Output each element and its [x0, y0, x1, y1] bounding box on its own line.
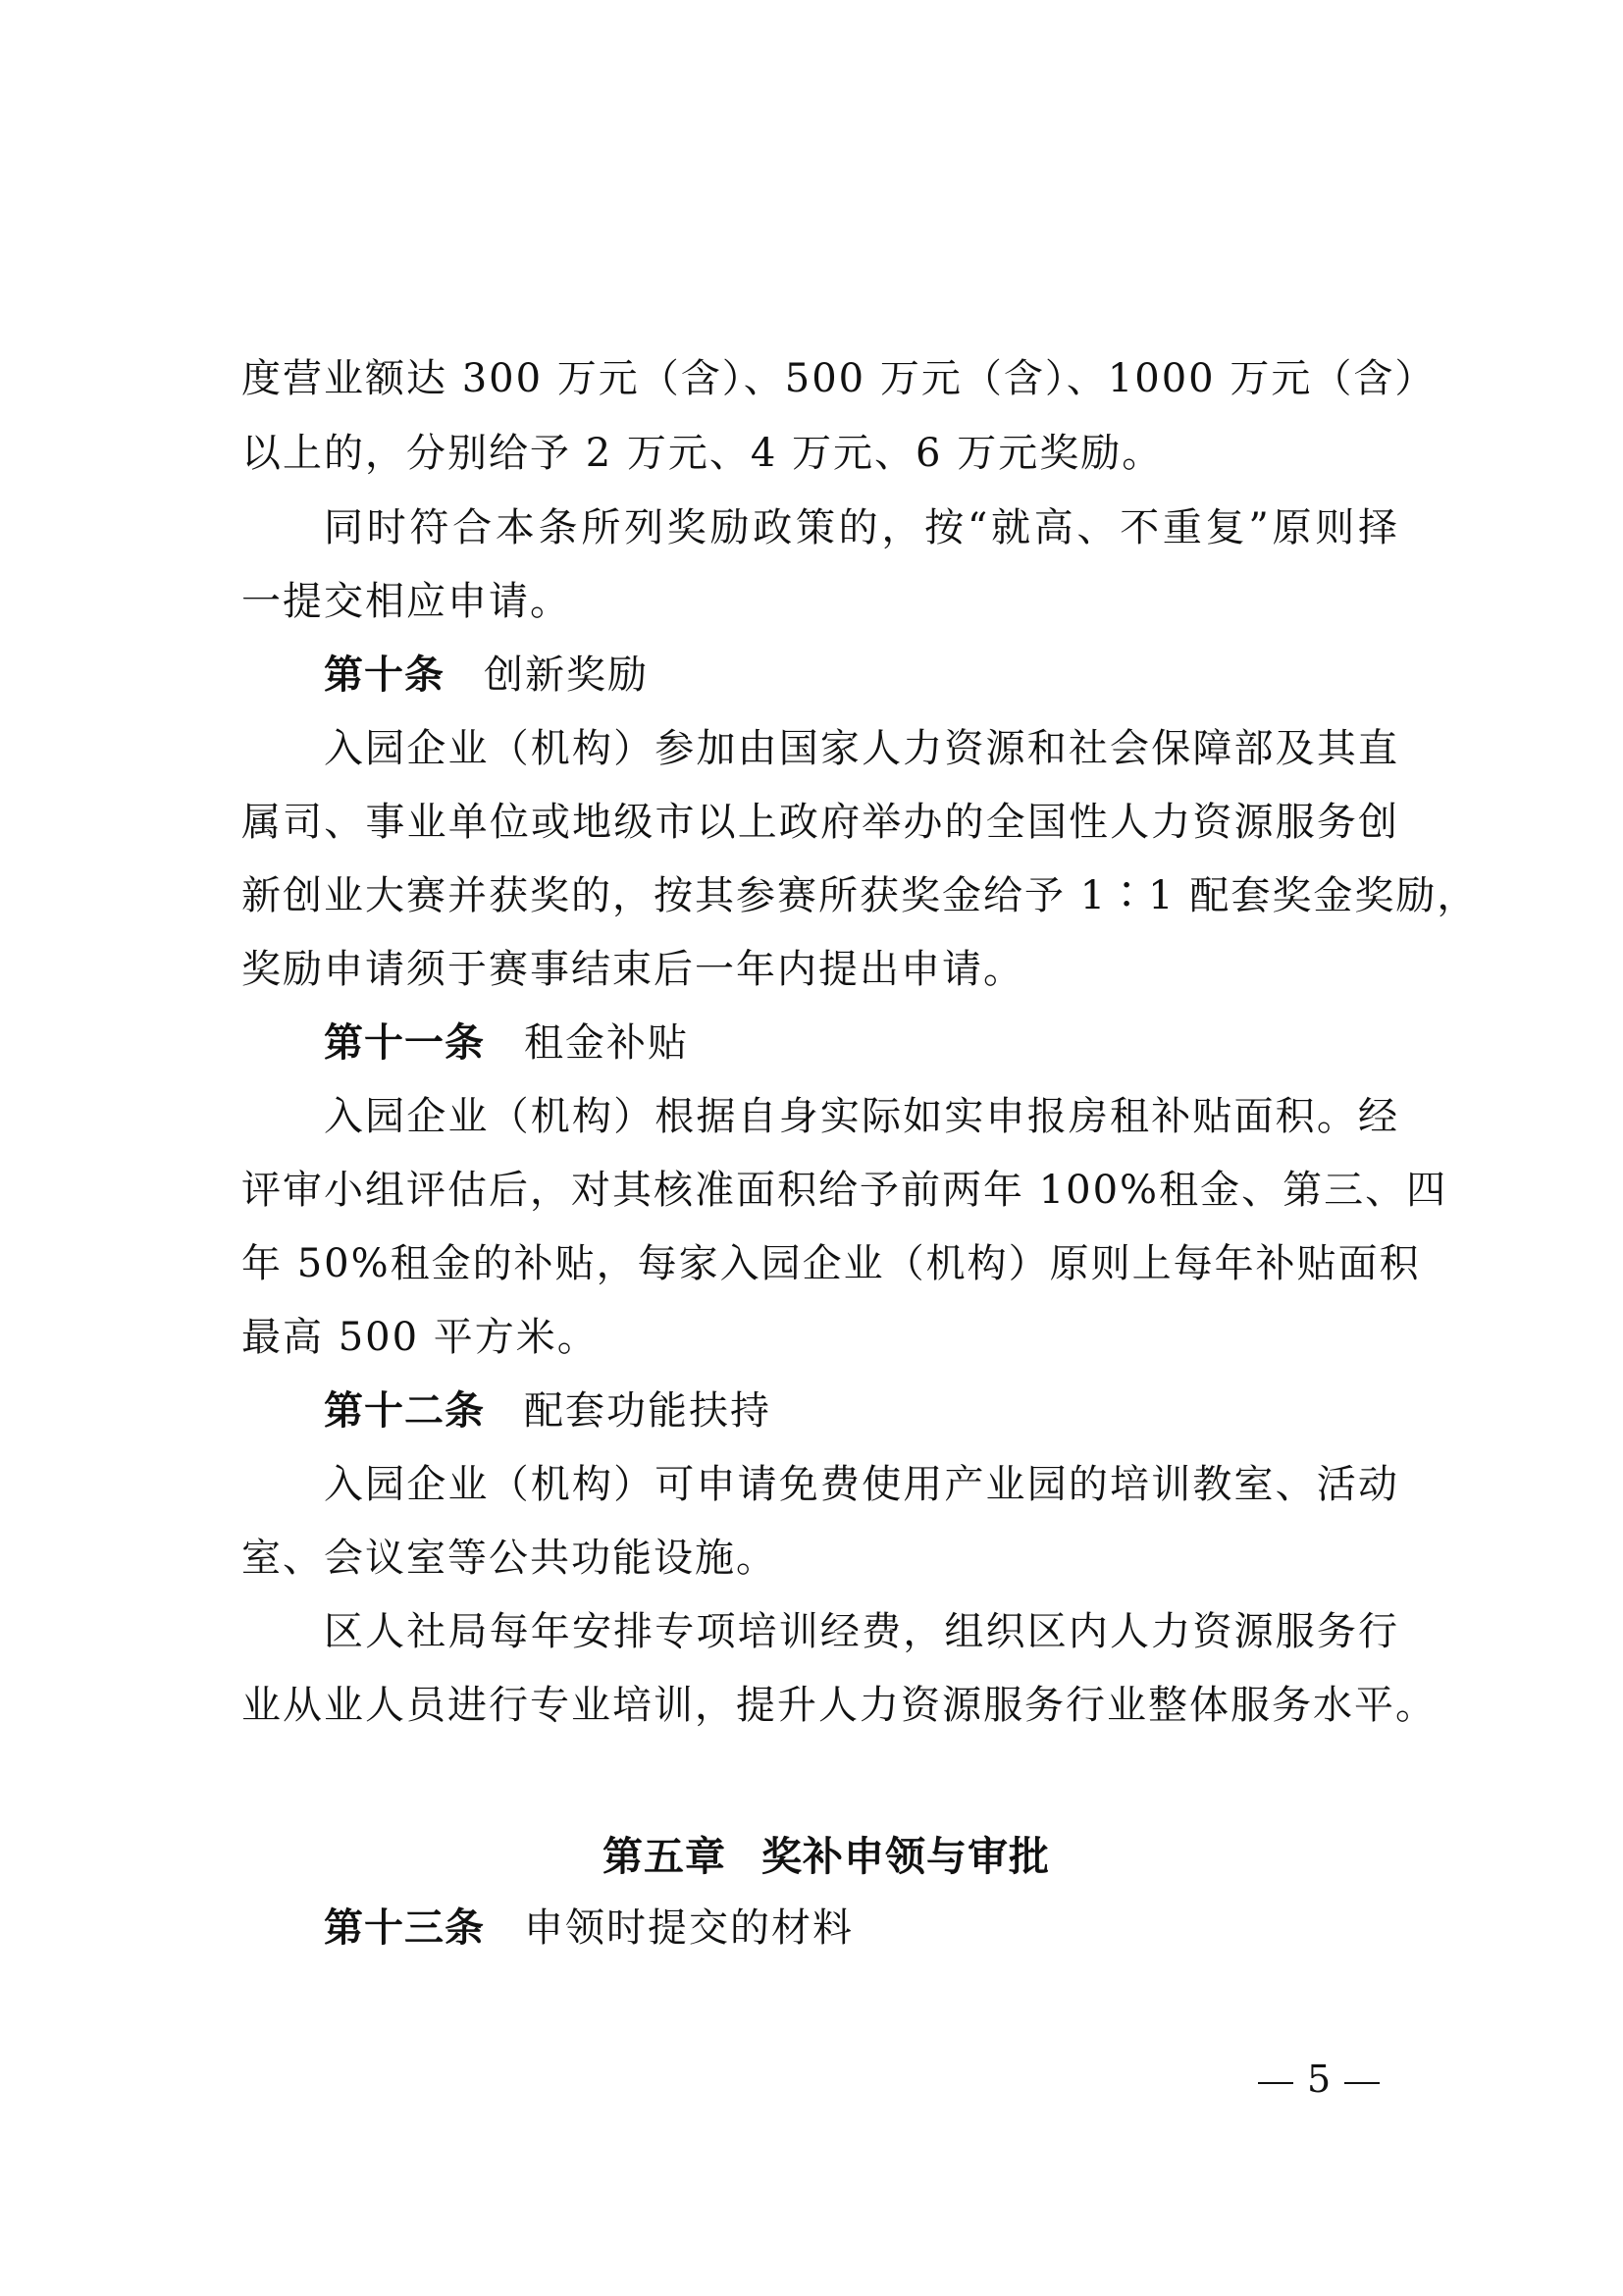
- article-title: 申领时提交的材料: [524, 1905, 854, 1951]
- dash-decoration: [1258, 2082, 1293, 2084]
- page-number: 5: [1244, 2055, 1393, 2104]
- dash-decoration: [1344, 2082, 1380, 2084]
- article-heading: 第十条创新奖励: [324, 648, 1399, 703]
- article-title: 租金补贴: [524, 1020, 689, 1066]
- body-text-line: 一提交相应申请。: [241, 574, 1399, 629]
- article-title: 创新奖励: [484, 652, 649, 698]
- page-number-value: 5: [1307, 2058, 1331, 2101]
- body-text-line: 业从业人员进行专业培训，提升人力资源服务行业整体服务水平。: [241, 1678, 1399, 1733]
- article-number: 第十一条: [324, 1020, 485, 1066]
- body-text-line: 入园企业（机构）参加由国家人力资源和社会保障部及其直: [324, 721, 1399, 776]
- body-text-line: 度营业额达 300 万元（含）、500 万元（含）、1000 万元（含）: [241, 351, 1399, 406]
- body-text-line: 最高 500 平方米。: [241, 1310, 1399, 1365]
- chapter-number: 第五章: [602, 1833, 726, 1880]
- body-text-line: 入园企业（机构）根据自身实际如实申报房租补贴面积。经: [324, 1089, 1399, 1144]
- article-number: 第十二条: [324, 1388, 485, 1434]
- article-title: 配套功能扶持: [524, 1388, 771, 1434]
- article-heading: 第十一条租金补贴: [324, 1016, 1399, 1070]
- body-text-line: 室、会议室等公共功能设施。: [241, 1531, 1399, 1586]
- document-page: 度营业额达 300 万元（含）、500 万元（含）、1000 万元（含） 以上的…: [0, 0, 1623, 2296]
- body-text-line: 年 50%租金的补贴，每家入园企业（机构）原则上每年补贴面积: [241, 1236, 1399, 1291]
- article-heading: 第十二条配套功能扶持: [324, 1383, 1399, 1438]
- body-text-line: 评审小组评估后，对其核准面积给予前两年 100%租金、第三、四: [241, 1163, 1399, 1218]
- body-text-line: 奖励申请须于赛事结束后一年内提出申请。: [241, 942, 1399, 997]
- body-text-line: 新创业大赛并获奖的，按其参赛所获奖金给予 1∶1 配套奖金奖励，: [241, 868, 1399, 923]
- article-heading: 第十三条申领时提交的材料: [324, 1901, 1399, 1956]
- body-text-line: 属司、事业单位或地级市以上政府举办的全国性人力资源服务创: [241, 795, 1399, 850]
- article-number: 第十三条: [324, 1905, 485, 1951]
- body-text-line: 入园企业（机构）可申请免费使用产业园的培训教室、活动: [324, 1457, 1399, 1512]
- chapter-heading: 第五章奖补申领与审批: [0, 1827, 1623, 1886]
- body-text-line: 区人社局每年安排专项培训经费，组织区内人力资源服务行: [324, 1604, 1399, 1659]
- body-text-line: 以上的，分别给予 2 万元、4 万元、6 万元奖励。: [241, 426, 1399, 481]
- chapter-title: 奖补申领与审批: [761, 1833, 1050, 1880]
- body-text-line: 同时符合本条所列奖励政策的，按“就高、不重复”原则择: [324, 500, 1399, 555]
- article-number: 第十条: [324, 652, 445, 698]
